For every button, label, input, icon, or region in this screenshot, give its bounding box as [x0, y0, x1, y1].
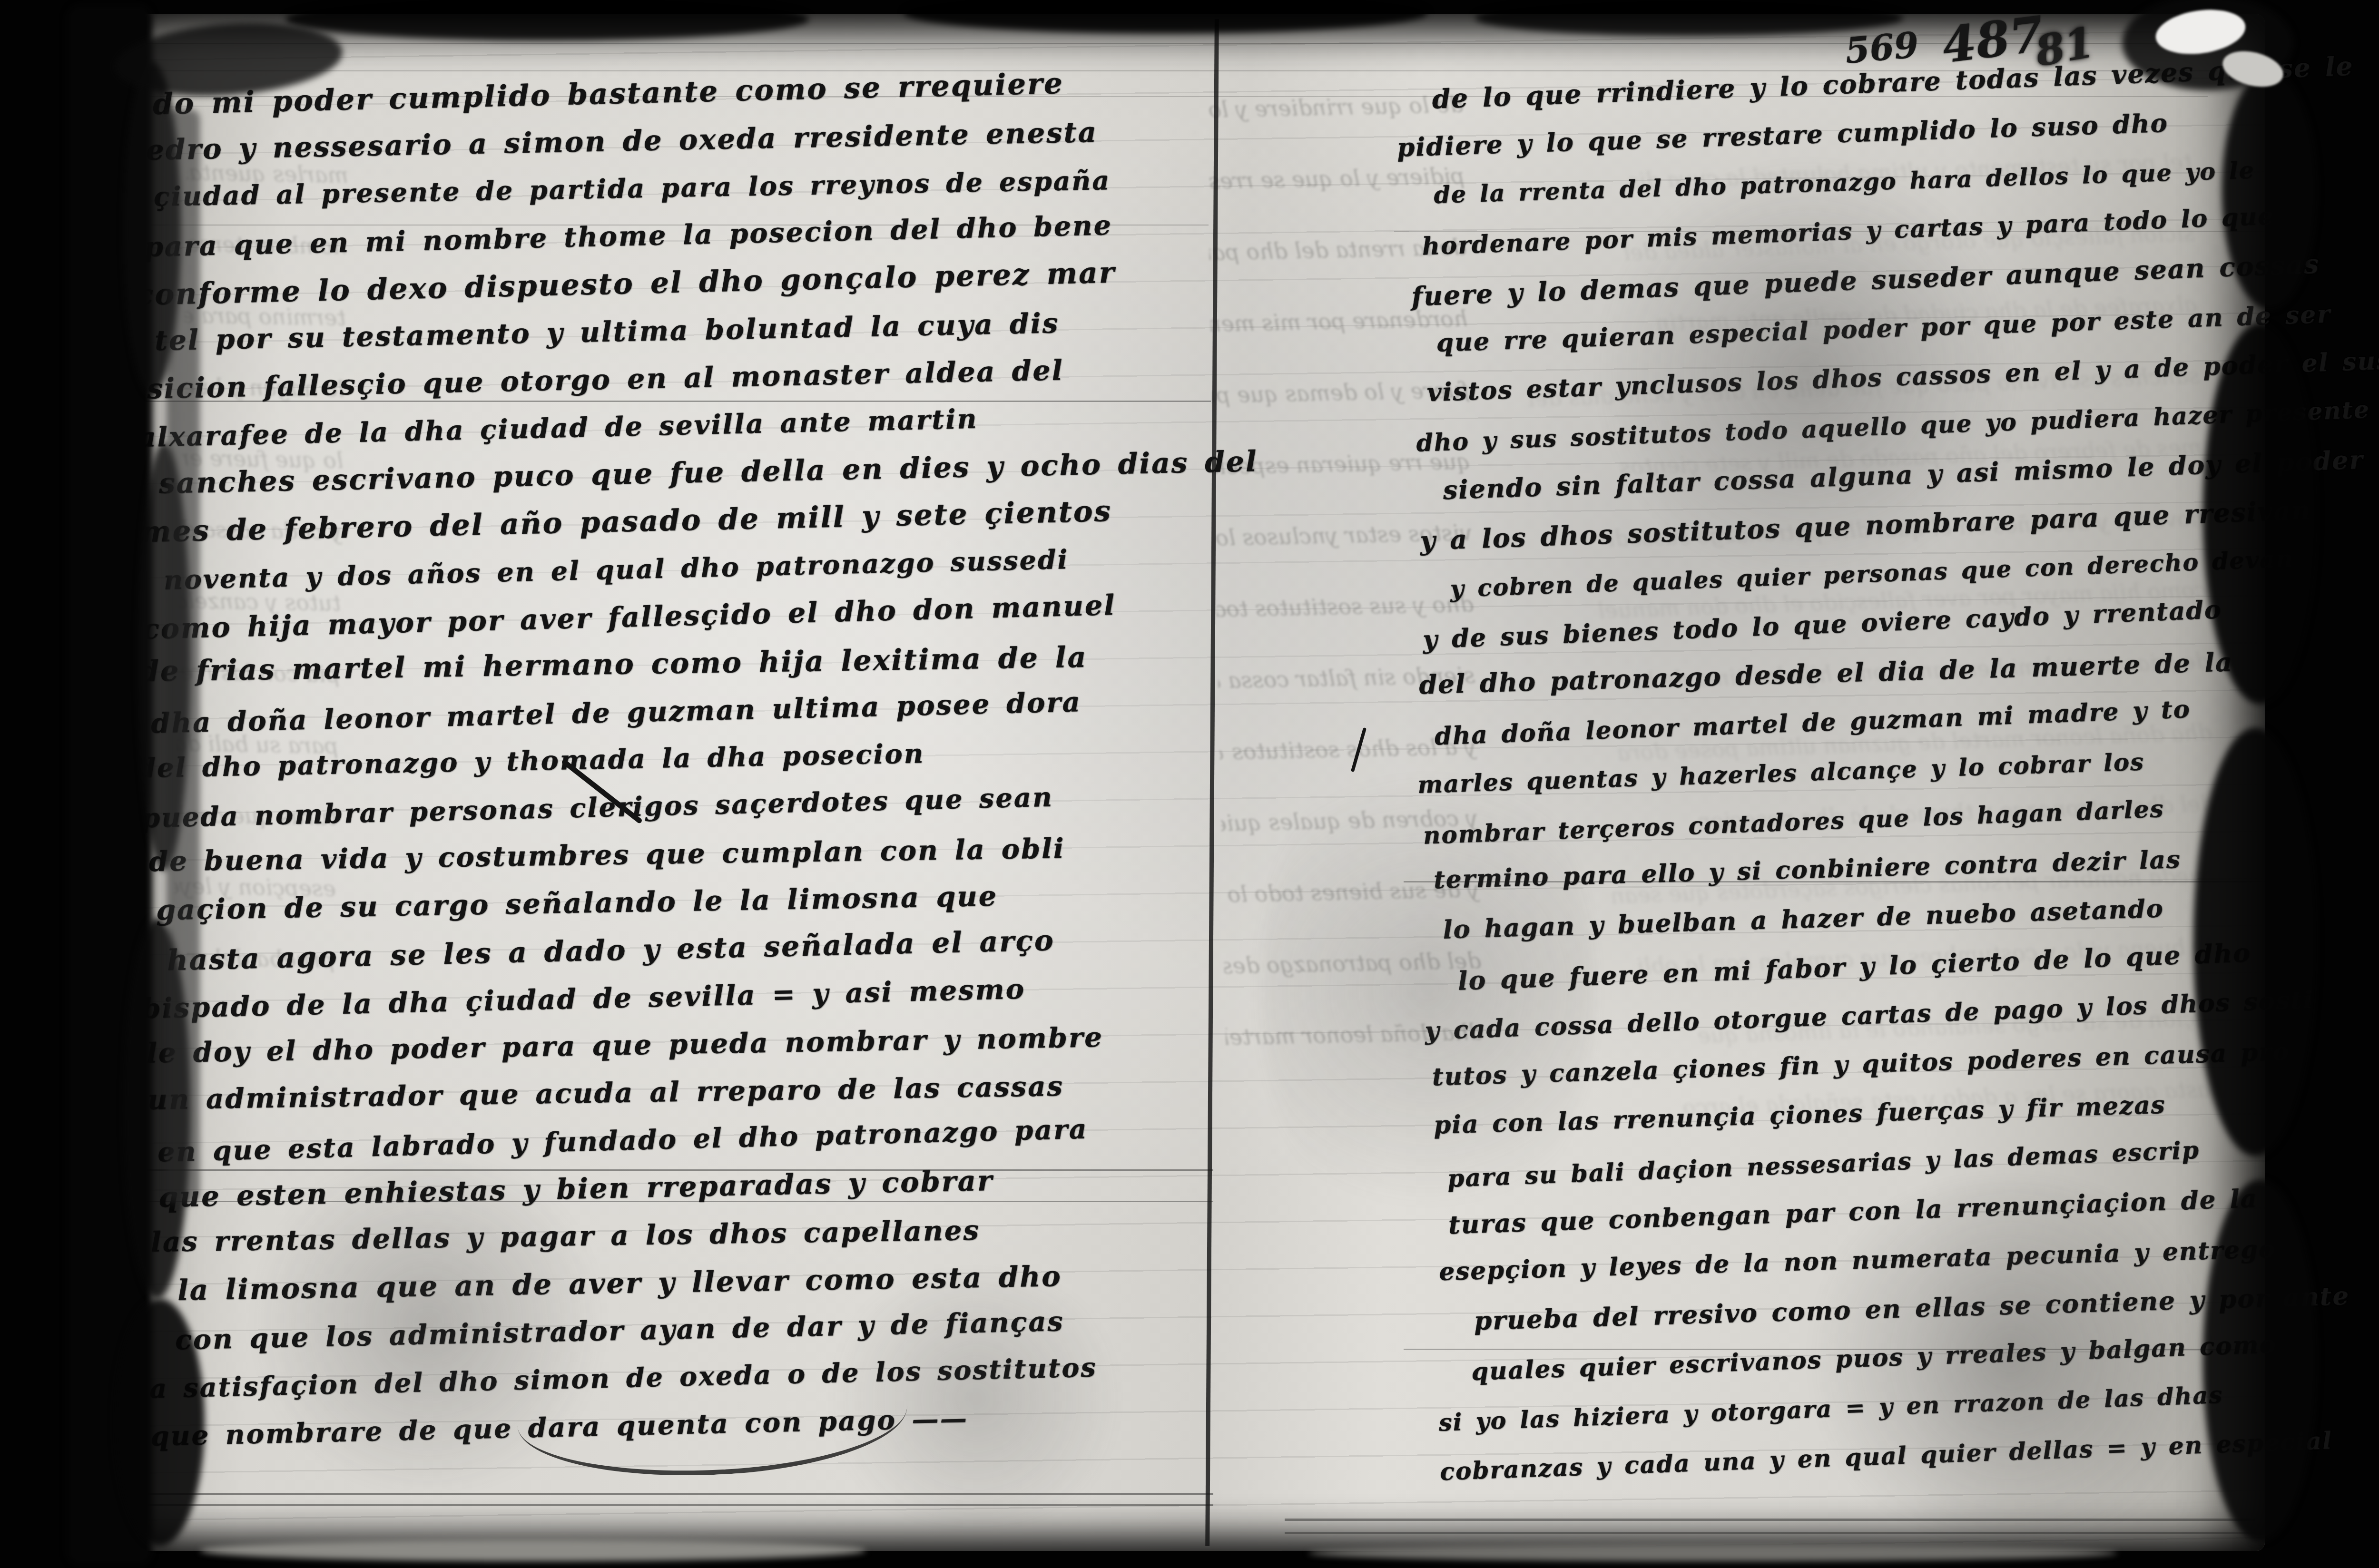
right-page-text: de lo que rrindiere y lo cobrare todas l…	[1393, 46, 2310, 1495]
folio-number-569: 569	[1844, 24, 1920, 71]
torn-edge-blob	[2203, 1180, 2317, 1541]
rule-line	[95, 1493, 1213, 1495]
under-page-sliver	[200, 1539, 866, 1561]
binding-tape-strip	[167, 109, 200, 1204]
top-edge-shadow	[1475, 0, 1903, 36]
left-page-text: do mi poder cumplido bastante como se rr…	[123, 58, 1235, 1459]
margin-mark	[1351, 727, 1366, 772]
top-edge-shadow	[904, 0, 1427, 33]
top-edge-shadow	[285, 0, 809, 40]
torn-edge-blob	[2222, 71, 2317, 309]
torn-edge-blob	[114, 1299, 205, 1546]
rule-line	[95, 1504, 1213, 1506]
rule-line	[1285, 1532, 2255, 1534]
folio-number-81: 81	[2032, 17, 2098, 76]
under-page-sliver	[1308, 1544, 2117, 1561]
rule-line	[1285, 1519, 2255, 1521]
manuscript-scan: marles quentas y hazerles alcançe y lo c…	[0, 0, 2379, 1568]
paper-spread: marles quentas y hazerles alcançe y lo c…	[95, 14, 2265, 1551]
torn-edge-blob	[2203, 323, 2317, 704]
torn-edge-blob	[2193, 728, 2317, 1156]
